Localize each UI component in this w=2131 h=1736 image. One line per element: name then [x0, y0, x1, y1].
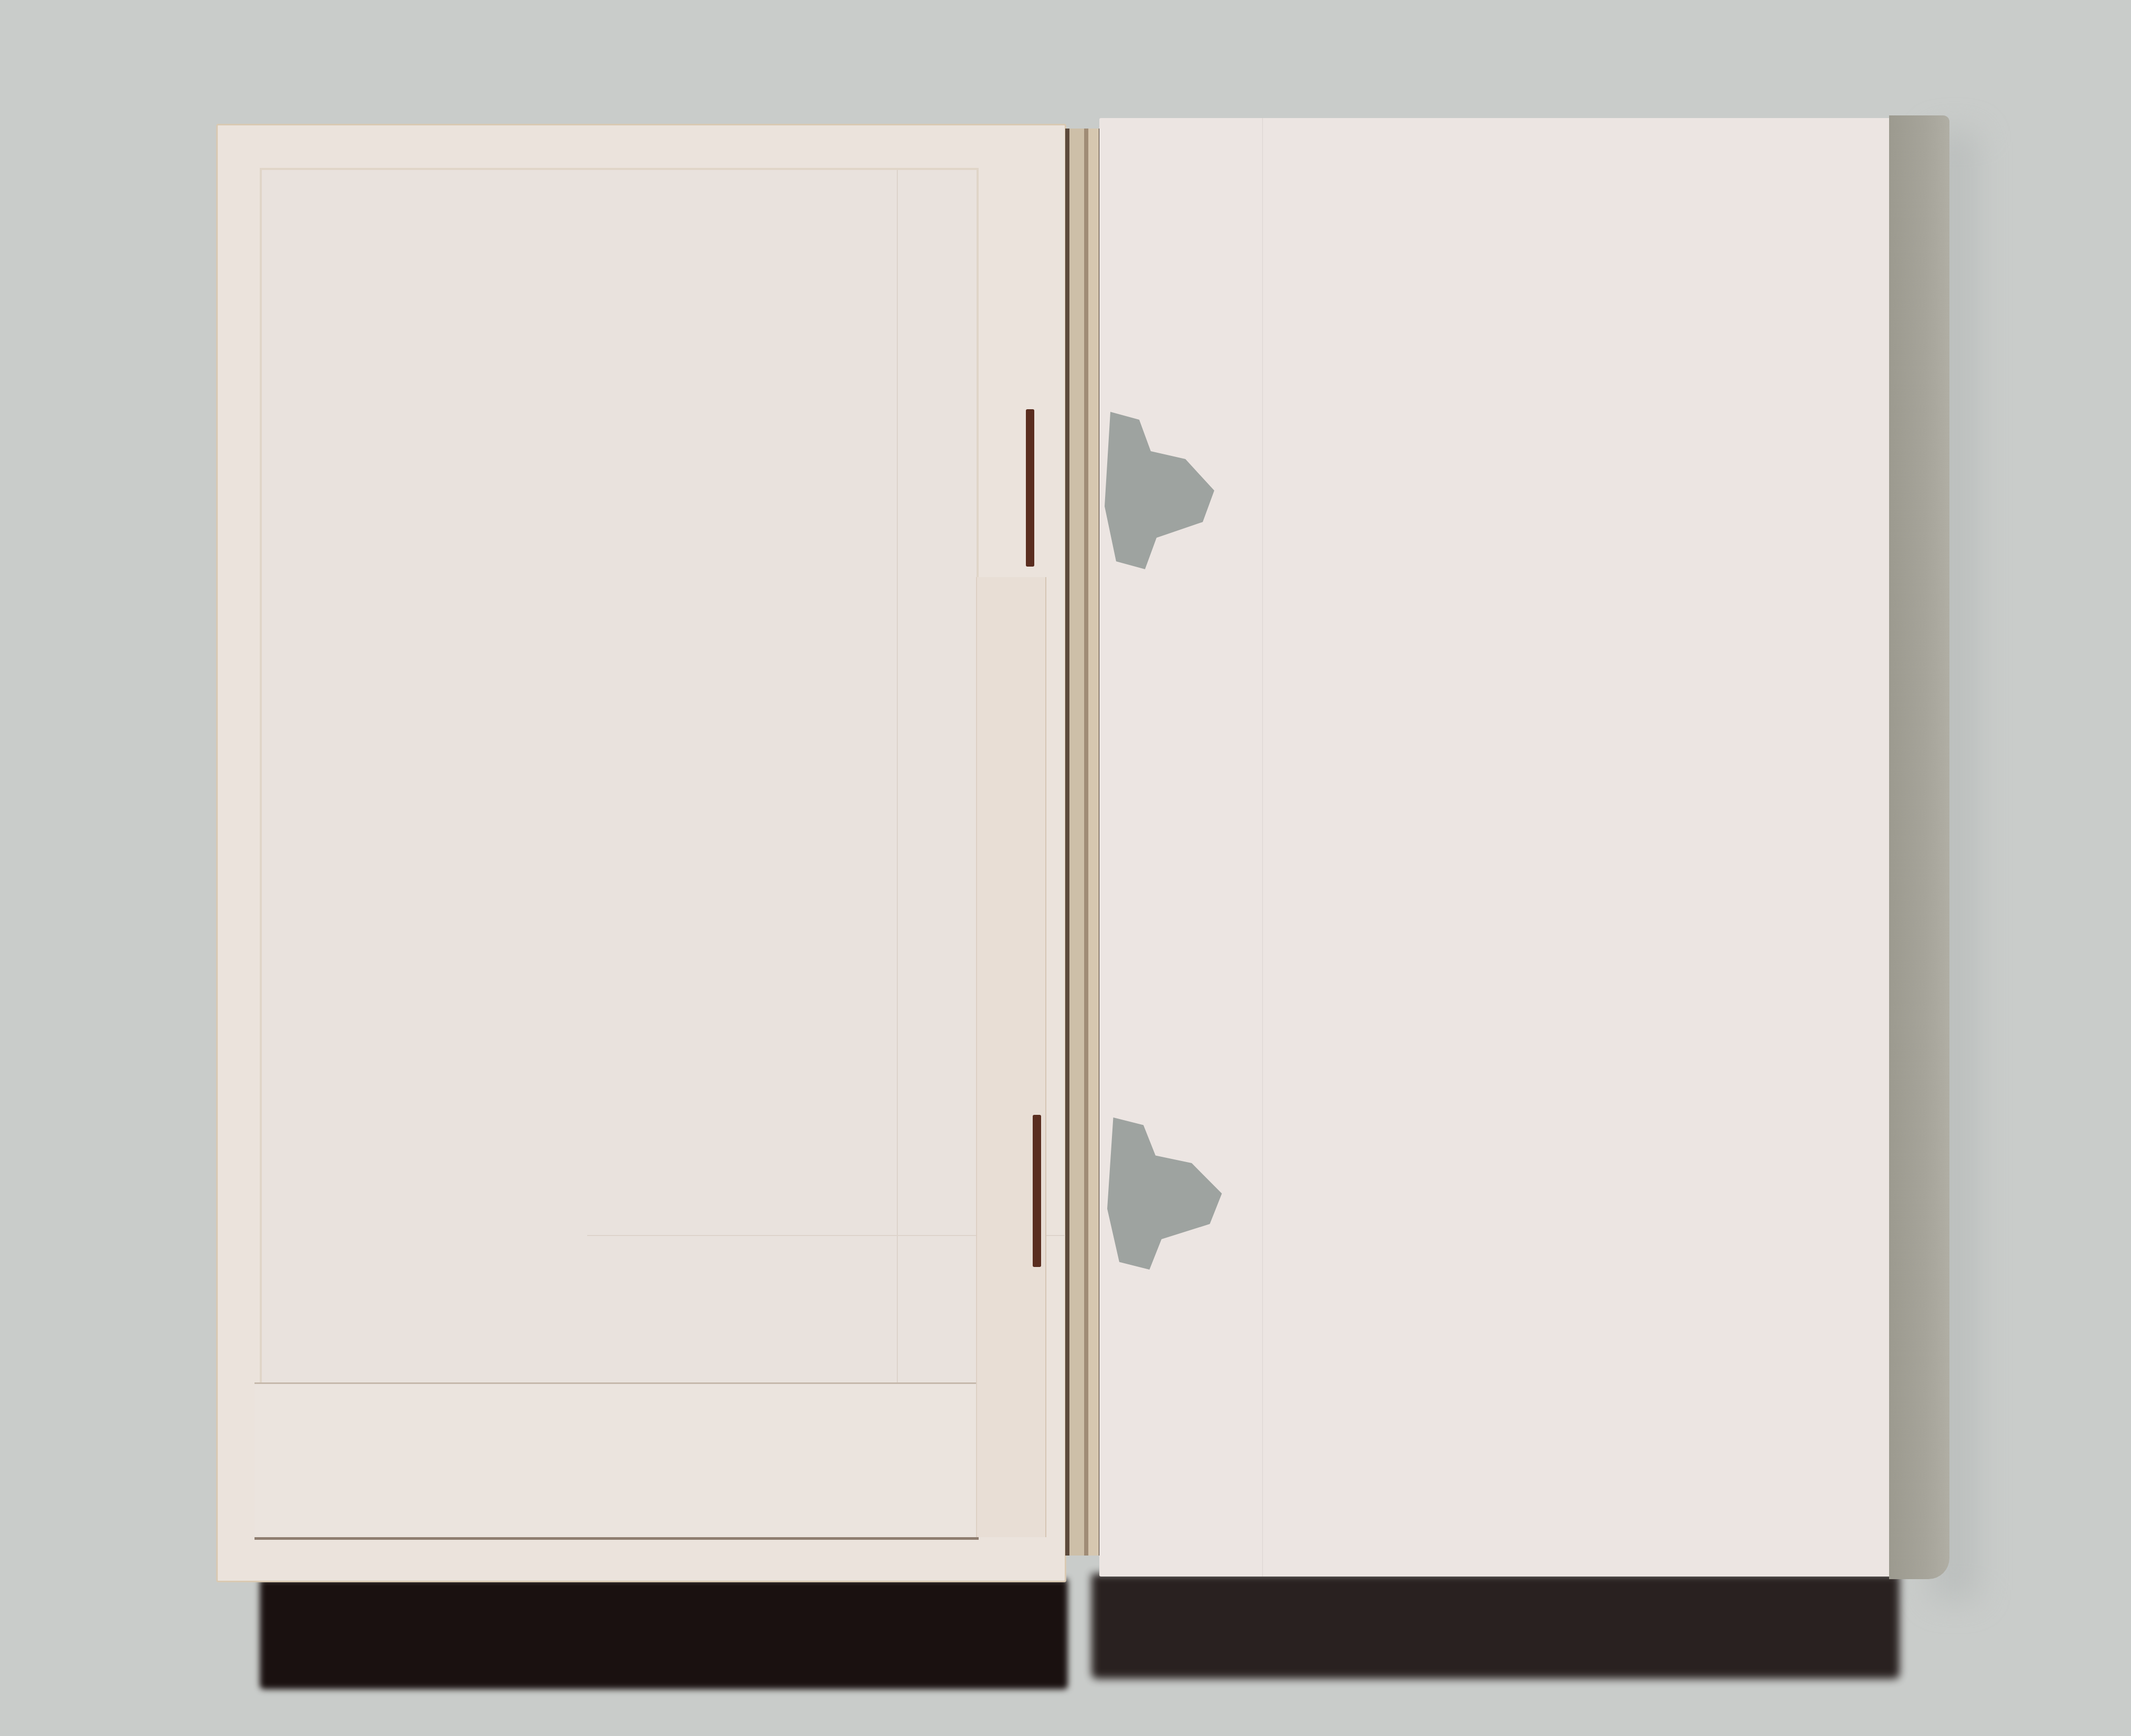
left-fold-flap: [976, 577, 1046, 1537]
left-bottom-label-panel: [255, 1382, 979, 1540]
right-page-shadow: [1091, 1574, 1900, 1679]
left-cover-shadow: [260, 1579, 1068, 1689]
staple-top: [1026, 409, 1034, 567]
right-page: [1099, 118, 1902, 1577]
left-panel-crease: [897, 170, 898, 1383]
right-spine-board: [1889, 115, 1949, 1579]
staple-bottom: [1033, 1115, 1041, 1267]
left-inner-panel: [260, 168, 979, 1385]
right-page-fold: [1262, 118, 1263, 1577]
